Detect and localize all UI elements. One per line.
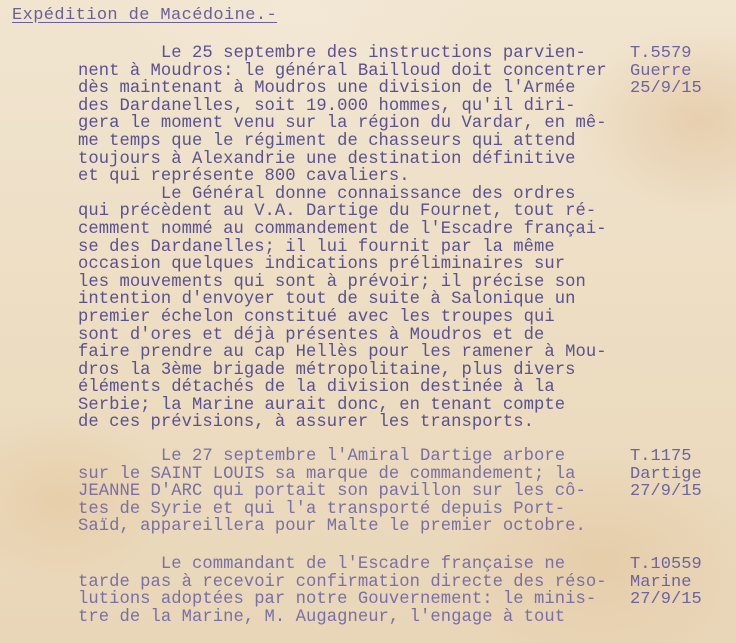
text-line: et qui représente 800 cavaliers. bbox=[78, 168, 607, 186]
text-line: tarde pas à recevoir confirmation direct… bbox=[78, 574, 607, 592]
sidenote-date: 27/9/15 bbox=[630, 483, 702, 501]
text-line: JEANNE D'ARC qui portait son pavillon su… bbox=[78, 483, 586, 501]
text-line: occasion quelques indications préliminai… bbox=[78, 256, 607, 274]
paragraph-3: Le commandant de l'Escadre française ne … bbox=[78, 556, 607, 626]
text-line: les mouvements qui sont à prévoir; il pr… bbox=[78, 274, 607, 292]
text-line: toujours à Alexandrie une destination dé… bbox=[78, 151, 607, 169]
text-line: sont d'ores et déjà présentes à Moudros … bbox=[78, 327, 607, 345]
text-line: premier échelon constitué avec les troup… bbox=[78, 309, 607, 327]
text-line: Le 27 septembre l'Amiral Dartige arbore bbox=[78, 448, 586, 466]
text-line: des Dardanelles, soit 19.000 hommes, qu'… bbox=[78, 98, 607, 116]
text-line: sur le SAINT LOUIS sa marque de commande… bbox=[78, 466, 586, 484]
paragraph-2: Le 27 septembre l'Amiral Dartige arbore … bbox=[78, 448, 586, 536]
sidenote-ref: T.10559 bbox=[630, 556, 702, 574]
title-text: Expédition de Macédoine.- bbox=[12, 6, 277, 25]
sidenote-ref: T.1175 bbox=[630, 448, 702, 466]
text-line: Le commandant de l'Escadre française ne bbox=[78, 556, 607, 574]
document-title: Expédition de Macédoine.- bbox=[12, 6, 277, 25]
text-line: cemment nommé au commandement de l'Escad… bbox=[78, 221, 607, 239]
text-line: qui précèdent au V.A. Dartige du Fournet… bbox=[78, 203, 607, 221]
sidenote-source: Marine bbox=[630, 574, 702, 592]
sidenote-3: T.10559 Marine 27/9/15 bbox=[630, 556, 702, 609]
text-line: dès maintenant à Moudros une division de… bbox=[78, 80, 607, 98]
text-line: intention d'envoyer tout de suite à Salo… bbox=[78, 291, 607, 309]
text-line: de ces prévisions, à assurer les transpo… bbox=[78, 414, 607, 432]
text-line: Le Général donne connaissance des ordres bbox=[78, 186, 607, 204]
sidenote-source: Guerre bbox=[630, 63, 702, 81]
text-line: dros la 3ème brigade métropolitaine, plu… bbox=[78, 362, 607, 380]
text-line: Serbie; la Marine aurait donc, en tenant… bbox=[78, 397, 607, 415]
text-line: faire prendre au cap Hellès pour les ram… bbox=[78, 344, 607, 362]
text-line: nent à Moudros: le général Bailloud doit… bbox=[78, 63, 607, 81]
text-line: se des Dardanelles; il lui fournit par l… bbox=[78, 239, 607, 257]
sidenote-source: Dartige bbox=[630, 466, 702, 484]
text-line: lutions adoptées par notre Gouvernement:… bbox=[78, 591, 607, 609]
sidenote-2: T.1175 Dartige 27/9/15 bbox=[630, 448, 702, 501]
document-page: Expédition de Macédoine.- Le 25 septembr… bbox=[0, 0, 736, 643]
text-line: gera le moment venu sur la région du Var… bbox=[78, 115, 607, 133]
text-line: me temps que le régiment de chasseurs qu… bbox=[78, 133, 607, 151]
sidenote-date: 27/9/15 bbox=[630, 591, 702, 609]
text-line: tre de la Marine, M. Augagneur, l'engage… bbox=[78, 609, 607, 627]
text-line: éléments détachés de la division destiné… bbox=[78, 379, 607, 397]
sidenote-date: 25/9/15 bbox=[630, 80, 702, 98]
text-line: tes de Syrie et qui l'a transporté depui… bbox=[78, 501, 586, 519]
text-line: Le 25 septembre des instructions parvien… bbox=[78, 45, 607, 63]
text-line: Saïd, appareillera pour Malte le premier… bbox=[78, 518, 586, 536]
sidenote-1: T.5579 Guerre 25/9/15 bbox=[630, 45, 702, 98]
paragraph-1: Le 25 septembre des instructions parvien… bbox=[78, 45, 607, 432]
sidenote-ref: T.5579 bbox=[630, 45, 702, 63]
